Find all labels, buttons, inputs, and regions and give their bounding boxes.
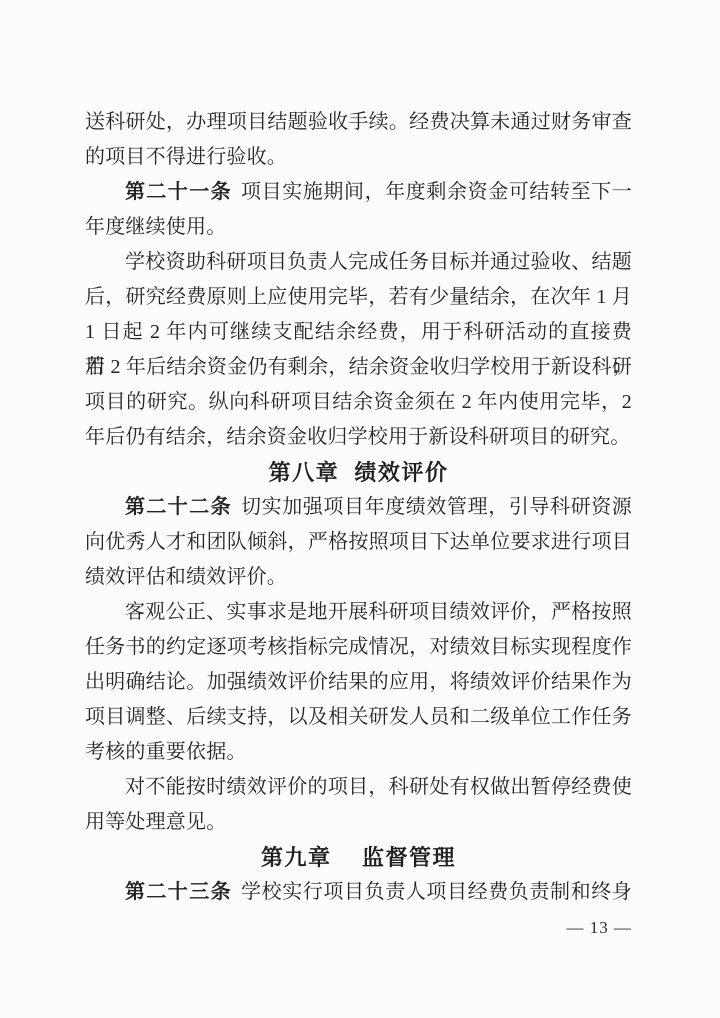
text-line: 年度继续使用。	[85, 210, 632, 245]
text-line: 若 2 年后结余资金仍有剩余，结余资金收归学校用于新设科研	[85, 350, 632, 385]
text-line: 向优秀人才和团队倾斜，严格按照项目下达单位要求进行项目	[85, 525, 632, 560]
text-line: 第二十二条切实加强项目年度绩效管理，引导科研资源	[85, 490, 632, 525]
page-number: — 13 —	[85, 910, 632, 945]
text-line: 项目的研究。纵向科研项目结余资金须在 2 年内使用完毕，2	[85, 385, 632, 420]
chapter-heading-9: 第九章 监督管理	[85, 840, 632, 875]
document-text-block: 送科研处，办理项目结题验收手续。经费决算未通过财务审查 的项目不得进行验收。 第…	[85, 105, 632, 945]
text-line: 考核的重要依据。	[85, 735, 632, 770]
text-line: 用等处理意见。	[85, 805, 632, 840]
text-line: 项目调整、后续支持，以及相关研发人员和二级单位工作任务	[85, 700, 632, 735]
document-page: 送科研处，办理项目结题验收手续。经费决算未通过财务审查 的项目不得进行验收。 第…	[0, 0, 720, 1018]
text-line: 1 日起 2 年内可继续支配结余经费，用于科研活动的直接费用；	[85, 315, 632, 350]
text-line: 的项目不得进行验收。	[85, 140, 632, 175]
text-line: 第二十一条项目实施期间，年度剩余资金可结转至下一	[85, 175, 632, 210]
text-line: 对不能按时绩效评价的项目，科研处有权做出暂停经费使	[85, 770, 632, 805]
text-line: 后，研究经费原则上应使用完毕，若有少量结余，在次年 1 月	[85, 280, 632, 315]
text-line: 出明确结论。加强绩效评价结果的应用，将绩效评价结果作为	[85, 665, 632, 700]
article-number: 第二十一条	[125, 181, 232, 203]
text-line: 学校资助科研项目负责人完成任务目标并通过验收、结题	[85, 245, 632, 280]
text-line: 送科研处，办理项目结题验收手续。经费决算未通过财务审查	[85, 105, 632, 140]
text-line: 客观公正、实事求是地开展科研项目绩效评价，严格按照	[85, 595, 632, 630]
text-line-body: 项目实施期间，年度剩余资金可结转至下一	[241, 181, 632, 203]
article-number: 第二十二条	[125, 496, 232, 518]
text-line: 绩效评估和绩效评价。	[85, 560, 632, 595]
text-line: 任务书的约定逐项考核指标完成情况，对绩效目标实现程度作	[85, 630, 632, 665]
chapter-heading-8: 第八章 绩效评价	[85, 455, 632, 490]
article-number: 第二十三条	[125, 881, 232, 903]
text-line: 年后仍有结余，结余资金收归学校用于新设科研项目的研究。	[85, 420, 632, 455]
text-line-body: 切实加强项目年度绩效管理，引导科研资源	[241, 496, 632, 518]
text-line: 第二十三条学校实行项目负责人项目经费负责制和终身	[85, 875, 632, 910]
text-line-body: 学校实行项目负责人项目经费负责制和终身	[241, 881, 632, 903]
